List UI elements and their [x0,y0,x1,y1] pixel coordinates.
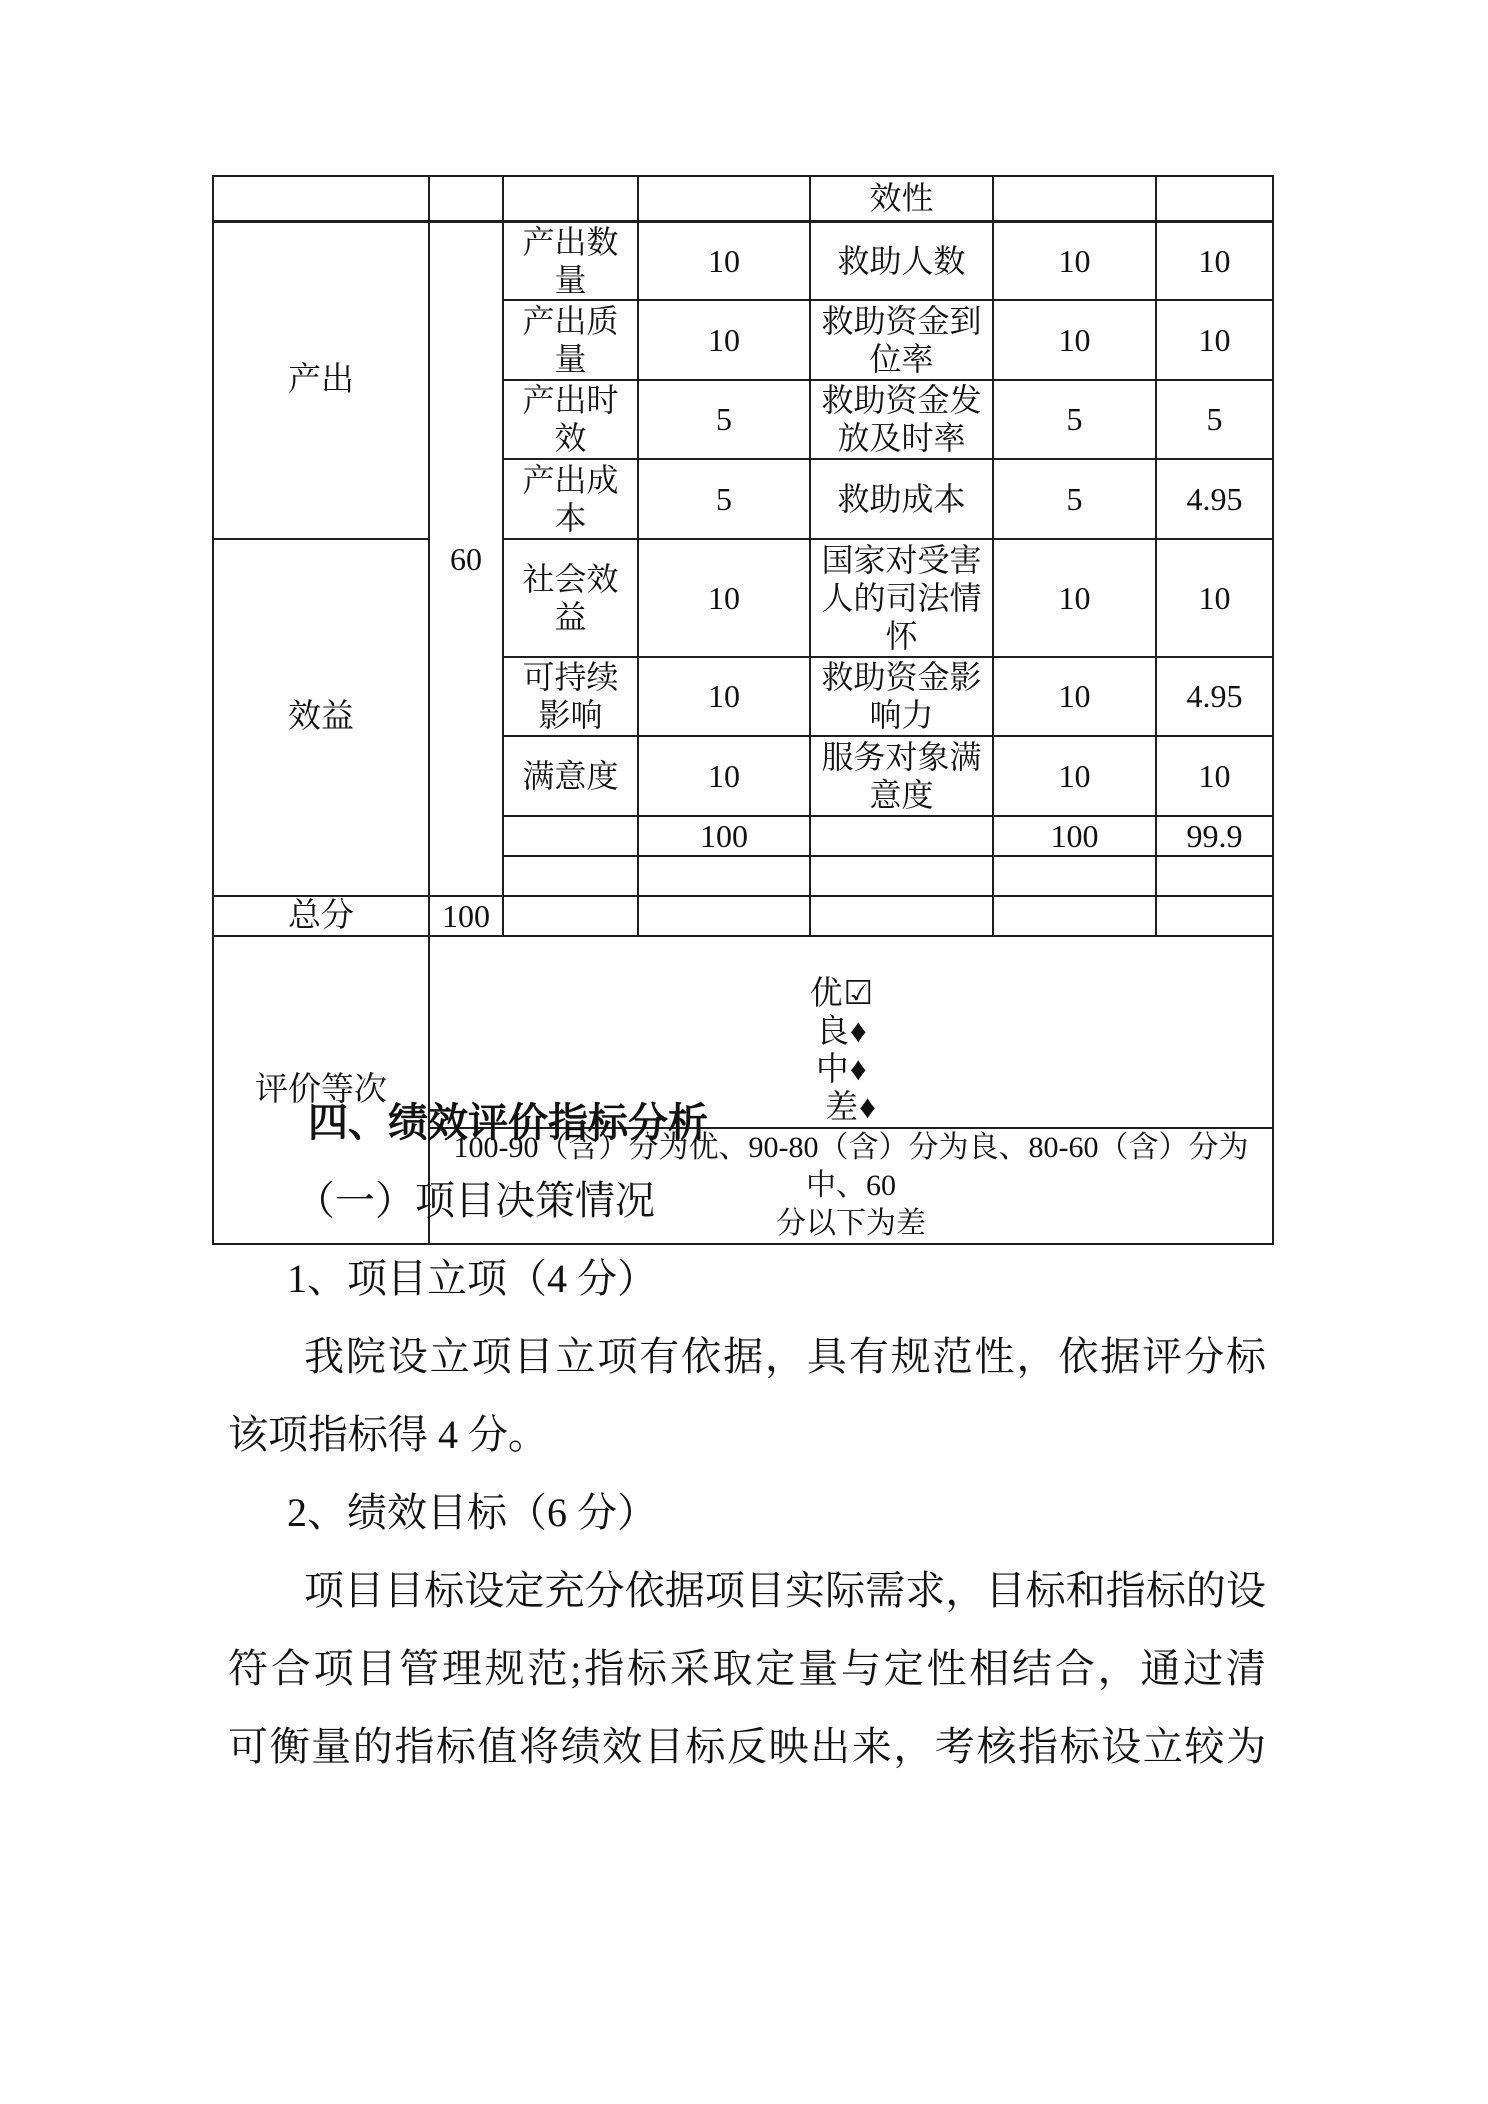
item-2-heading: 2、绩效目标（6 分） [228,1474,1266,1552]
indicator-label: 产出时 效 [503,380,638,459]
weight-subtotal-2: 100 [993,816,1156,856]
grade-medium-checkbox: 中♦ [816,1052,868,1088]
header-cell-empty-2 [429,176,503,221]
empty-cell [993,856,1156,896]
empty-cell [810,896,993,936]
score-subtotal: 99.9 [1156,816,1273,856]
empty-cell [503,856,638,896]
weight-value: 5 [638,380,810,459]
table-row: 产出 60 产出数 量 10 救助人数 10 10 [213,221,1273,300]
score-value: 10 [1156,736,1273,816]
empty-cell [810,856,993,896]
indicator-detail: 国家对受害 人的司法情 怀 [810,539,993,657]
indicator-detail: 救助成本 [810,459,993,539]
total-value-cell: 100 [429,896,503,936]
indicator-detail: 救助资金影 响力 [810,657,993,736]
paragraph-line: 项目目标设定充分依据项目实际需求，目标和指标的设计 [228,1552,1266,1630]
score-value: 10 [1156,221,1273,300]
weight-value: 10 [638,657,810,736]
indicator-detail: 救助资金发 放及时率 [810,380,993,459]
score-value: 5 [1156,380,1273,459]
empty-cell [1156,896,1273,936]
empty-cell [810,816,993,856]
subsection-heading: （一）项目决策情况 [228,1162,1266,1240]
header-cell-effectiveness: 效性 [810,176,993,221]
paragraph-line: 符合项目管理规范;指标采取定量与定性相结合，通过清晰、 [228,1630,1266,1708]
empty-cell [638,896,810,936]
empty-cell [638,856,810,896]
total-label-cell: 总分 [213,896,429,936]
group-cell-benefit: 效益 [213,539,429,896]
weight-cell-60: 60 [429,221,503,896]
score-value: 4.95 [1156,459,1273,539]
weight-value: 10 [638,539,810,657]
document-page: 效性 产出 60 产出数 量 10 救助人数 10 10 产出质 量 10 救助… [0,0,1488,2104]
grade-good-checkbox: 良♦ [816,1014,868,1050]
weight-subtotal: 100 [638,816,810,856]
indicator-detail: 服务对象满 意度 [810,736,993,816]
table-row: 效益 社会效 益 10 国家对受害 人的司法情 怀 10 10 [213,539,1273,657]
analysis-text-block: 四、绩效评价指标分析 （一）项目决策情况 1、项目立项（4 分） 我院设立项目立… [228,1084,1266,1786]
empty-cell [503,816,638,856]
weight-value: 5 [638,459,810,539]
indicator-detail: 救助资金到 位率 [810,300,993,380]
empty-cell [1156,856,1273,896]
indicator-label: 产出数 量 [503,221,638,300]
weight-value: 10 [638,300,810,380]
weight-value-2: 5 [993,459,1156,539]
indicator-detail: 救助人数 [810,221,993,300]
section-heading: 四、绩效评价指标分析 [228,1084,1266,1162]
weight-value-2: 10 [993,221,1156,300]
weight-value-2: 10 [993,539,1156,657]
table-row-total: 总分 100 [213,896,1273,936]
weight-value-2: 10 [993,736,1156,816]
header-cell-empty-1 [213,176,429,221]
indicator-label: 可持续 影响 [503,657,638,736]
weight-value-2: 10 [993,300,1156,380]
indicator-label: 产出成 本 [503,459,638,539]
weight-value: 10 [638,221,810,300]
paragraph-line: 可衡量的指标值将绩效目标反映出来，考核指标设立较为合理; [228,1708,1266,1786]
grade-excellent-checkbox: 优☑ [809,976,874,1012]
indicator-label: 社会效 益 [503,539,638,657]
empty-cell [993,896,1156,936]
score-value: 4.95 [1156,657,1273,736]
paragraph-line: 该项指标得 4 分。 [228,1396,1266,1474]
item-1-heading: 1、项目立项（4 分） [228,1240,1266,1318]
paragraph-line: 我院设立项目立项有依据，具有规范性，依据评分标准， [228,1318,1266,1396]
header-cell-empty-3 [503,176,638,221]
weight-value-2: 10 [993,657,1156,736]
weight-value: 10 [638,736,810,816]
header-cell-empty-6 [993,176,1156,221]
group-cell-output: 产出 [213,221,429,539]
score-value: 10 [1156,300,1273,380]
header-cell-empty-4 [638,176,810,221]
header-cell-empty-7 [1156,176,1273,221]
indicator-label: 产出质 量 [503,300,638,380]
score-value: 10 [1156,539,1273,657]
table-row: 效性 [213,176,1273,221]
empty-cell [503,896,638,936]
weight-value-2: 5 [993,380,1156,459]
indicator-label: 满意度 [503,736,638,816]
